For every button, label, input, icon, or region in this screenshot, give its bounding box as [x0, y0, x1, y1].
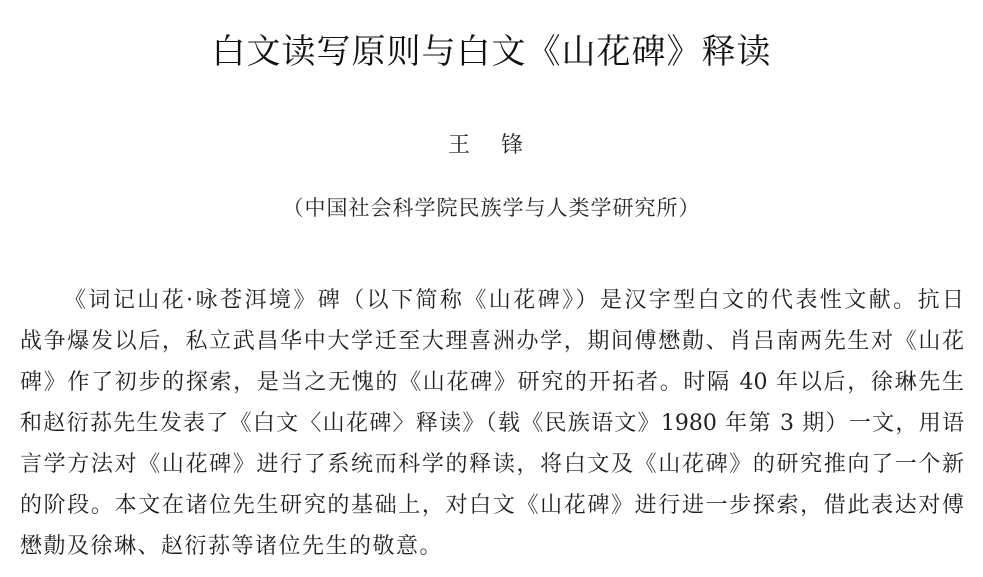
- paragraph-line: 和赵衍荪先生发表了《白文〈山花碑〉释读》（载《民族语文》1980 年第 3 期）…: [20, 403, 964, 444]
- document-title: 白文读写原则与白文《山花碑》释读: [0, 26, 983, 78]
- paragraph-line: 的阶段。本文在诸位先生研究的基础上，对白文《山花碑》进行进一步探索，借此表达对傅: [20, 485, 964, 526]
- paragraph-line: 《词记山花·咏苍洱境》碑（以下简称《山花碑》）是汉字型白文的代表性文献。抗日: [20, 280, 964, 321]
- paragraph-line: 懋勣及徐琳、赵衍荪等诸位先生的敬意。: [20, 526, 964, 567]
- author-affiliation: （中国社会科学院民族学与人类学研究所）: [0, 192, 983, 224]
- paragraph-line: 战争爆发以后，私立武昌华中大学迁至大理喜洲办学，期间傅懋勣、肖吕南两先生对《山花: [20, 321, 964, 362]
- paragraph-line: 碑》作了初步的探索，是当之无愧的《山花碑》研究的开拓者。时隔 40 年以后，徐琳…: [20, 362, 964, 403]
- body-paragraph: 《词记山花·咏苍洱境》碑（以下简称《山花碑》）是汉字型白文的代表性文献。抗日 战…: [20, 280, 964, 567]
- paragraph-line: 言学方法对《山花碑》进行了系统而科学的释读，将白文及《山花碑》的研究推向了一个新: [20, 444, 964, 485]
- author-name: 王 锋: [0, 130, 983, 162]
